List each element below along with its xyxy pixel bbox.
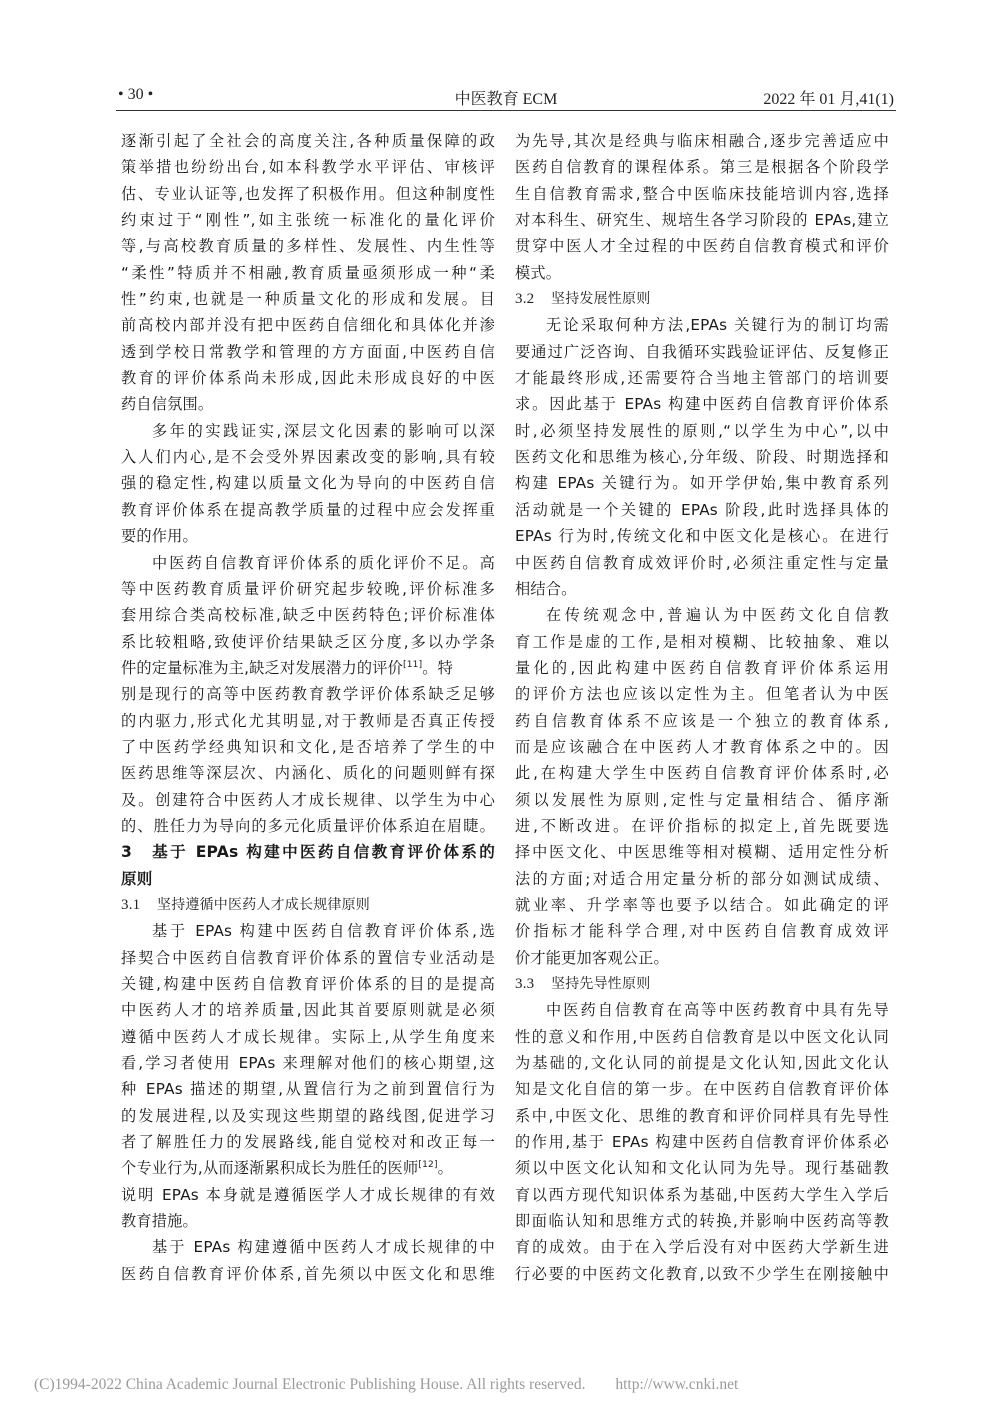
line-text: 时,必须坚持发展性的原则,“以学生为中心”,以中 [515, 422, 889, 440]
line-text-tail: 。特 [422, 659, 453, 677]
line-text: 别是现行的高等中医药教育教学评价体系缺乏足够 [121, 685, 495, 703]
line-text: “柔性”特质并不相融,教育质量亟须形成一种“柔 [121, 264, 495, 282]
text-line: 医药自信教育评价体系,首先须以中医文化和思维 [121, 1261, 495, 1287]
subsection-heading: 3.2坚持发展性原则 [515, 286, 889, 312]
line-text: 原则 [121, 870, 153, 888]
text-line: 中医药人才的培养质量,因此其首要原则就是必须 [121, 997, 495, 1023]
line-text: 就业率、升学率等也要予以结合。如此确定的评 [515, 896, 889, 914]
issue-info: 2022 年 01 月,41(1) [763, 86, 894, 109]
text-line: 及。创建符合中医药人才成长规律、以学生为中心 [121, 787, 495, 813]
text-line: 前高校内部并没有把中医药自信细化和具体化并渗 [121, 312, 495, 338]
text-line: 择契合中医药自信教育评价体系的置信专业活动是 [121, 945, 495, 971]
text-line: 者了解胜任力的发展路线,能自觉校对和改正每一 [121, 1129, 495, 1155]
line-text: 的内驱力,形式化尤其明显,对于教师是否真正传授 [121, 712, 495, 730]
text-line: 基于 EPAs 构建中医药自信教育评价体系,选 [121, 918, 495, 944]
text-line: 系中,中医文化、思维的教育和评价同样具有先导性 [515, 1103, 889, 1129]
text-line: 教育评价体系在提高教学质量的过程中应会发挥重 [121, 497, 495, 523]
line-text: 须以发展性为原则,定性与定量相结合、循序渐 [515, 791, 889, 809]
text-line: “柔性”特质并不相融,教育质量亟须形成一种“柔 [121, 260, 495, 286]
line-text: 即面临认知和思维方式的转换,并影响中医药高等教 [515, 1212, 889, 1230]
line-text: 药自信教育体系不应该是一个独立的教育体系, [515, 712, 889, 730]
text-line: 对本科生、研究生、规培生各学习阶段的 EPAs,建立 [515, 207, 889, 233]
copyright-footer: (C)1994-2022 China Academic Journal Elec… [0, 1376, 999, 1394]
text-line: 进,不断改进。在评价指标的拟定上,首先既要选 [515, 813, 889, 839]
text-line: 药自信氛围。 [121, 391, 495, 417]
text-line: 教育措施。 [121, 1208, 495, 1234]
text-line: 即面临认知和思维方式的转换,并影响中医药高等教 [515, 1208, 889, 1234]
line-text: 而是应该融合在中医药人才教育体系之中的。因 [515, 738, 889, 756]
text-line: 入人们内心,是不会受外界因素改变的影响,具有较 [121, 444, 495, 470]
text-line: 价指标才能科学合理,对中医药自信教育成效评 [515, 918, 889, 944]
citation-ref[interactable]: [11] [403, 660, 422, 670]
text-line: 逐渐引起了全社会的高度关注,各种质量保障的政 [121, 128, 495, 154]
text-line: 为先导,其次是经典与临床相融合,逐步完善适应中 [515, 128, 889, 154]
text-line: 知是文化自信的第一步。在中医药自信教育评价体 [515, 1076, 889, 1102]
line-text: 教育评价体系在提高教学质量的过程中应会发挥重 [121, 501, 495, 519]
line-text: 活动就是一个关键的 EPAs 阶段,此时选择具体的 [515, 501, 889, 519]
text-line: 要通过广泛咨询、自我循环实践验证评估、反复修正 [515, 339, 889, 365]
left-column: 逐渐引起了全社会的高度关注,各种质量保障的政策举措也纷纷出台,如本科教学水平评估… [121, 128, 495, 1287]
text-line: 医药思维等深层次、内涵化、质化的问题则鲜有探 [121, 760, 495, 786]
text-line: 在传统观念中,普遍认为中医药文化自信教 [515, 602, 889, 628]
text-line: 教育的评价体系尚未形成,因此未形成良好的中医 [121, 365, 495, 391]
line-text: 3 基于 EPAs 构建中医药自信教育评价体系的 [121, 843, 495, 861]
section-heading: 原则 [121, 866, 495, 892]
text-line: 种 EPAs 描述的期望,从置信行为之前到置信行为 [121, 1076, 495, 1102]
line-text: 等中医药教育质量评价研究起步较晚,评价标准多 [121, 580, 495, 598]
text-line: 的、胜任力为导向的多元化质量评价体系迫在眉睫。 [121, 813, 495, 839]
line-text: 者了解胜任力的发展路线,能自觉校对和改正每一 [121, 1133, 495, 1151]
line-text: 价才能更加客观公正。 [515, 949, 669, 967]
text-line: 等中医药教育质量评价研究起步较晚,评价标准多 [121, 576, 495, 602]
line-text: 及。创建符合中医药人才成长规律、以学生为中心 [121, 791, 495, 809]
text-line: 性的意义和作用,中医药自信教育是以中医文化认同 [515, 1024, 889, 1050]
text-line: 个专业行为,从而逐渐累积成长为胜任的医师[12]。 [121, 1155, 495, 1181]
header-rule [116, 110, 896, 111]
line-text: 价指标才能科学合理,对中医药自信教育成效评 [515, 922, 889, 940]
line-text: 育的成效。由于在入学后没有对中医药大学新生进 [515, 1238, 889, 1256]
line-text: 求。因此基于 EPAs 构建中医药自信教育评价体系 [515, 395, 889, 413]
line-text: 种 EPAs 描述的期望,从置信行为之前到置信行为 [121, 1080, 495, 1098]
text-line: 生自信教育需求,整合中医临床技能培训内容,选择 [515, 181, 889, 207]
line-text: 医药自信教育评价体系,首先须以中医文化和思维 [121, 1265, 495, 1283]
line-text: 对本科生、研究生、规培生各学习阶段的 EPAs,建立 [515, 211, 889, 229]
line-text: EPAs 行为时,传统文化和中医文化是核心。在进行 [515, 527, 889, 545]
text-line: EPAs 行为时,传统文化和中医文化是核心。在进行 [515, 523, 889, 549]
text-line: 系比较粗略,致使评价结果缺乏区分度,多以办学条 [121, 629, 495, 655]
line-text: 逐渐引起了全社会的高度关注,各种质量保障的政 [121, 132, 495, 150]
text-line: 医药自信教育的课程体系。第三是根据各个阶段学 [515, 154, 889, 180]
line-text: 医药文化和思维为核心,分年级、阶段、时期选择和 [515, 448, 889, 466]
text-line: 说明 EPAs 本身就是遵循医学人才成长规律的有效 [121, 1182, 495, 1208]
line-text: 医药思维等深层次、内涵化、质化的问题则鲜有探 [121, 764, 495, 782]
cnki-link[interactable]: http://www.cnki.net [615, 1376, 738, 1393]
line-text: 模式。 [515, 264, 561, 282]
text-line: 中医药自信教育评价体系的质化评价不足。高 [121, 550, 495, 576]
line-text: 择契合中医药自信教育评价体系的置信专业活动是 [121, 949, 495, 967]
subsection-heading: 3.3坚持先导性原则 [515, 971, 889, 997]
line-text: 中医药人才的培养质量,因此其首要原则就是必须 [121, 1001, 495, 1019]
text-line: 约束过于“刚性”,如主张统一标准化的量化评价 [121, 207, 495, 233]
text-line: 关键,构建中医药自信教育评价体系的目的是提高 [121, 971, 495, 997]
line-text: 要通过广泛咨询、自我循环实践验证评估、反复修正 [515, 343, 889, 361]
running-header: • 30 • 中医教育 ECM 2022 年 01 月,41(1) [118, 84, 894, 108]
text-line: 须以中医文化认知和文化认同为先导。现行基础教 [515, 1155, 889, 1181]
text-line: 性”约束,也就是一种质量文化的形成和发展。目 [121, 286, 495, 312]
line-text: 系中,中医文化、思维的教育和评价同样具有先导性 [515, 1107, 889, 1125]
text-line: 别是现行的高等中医药教育教学评价体系缺乏足够 [121, 681, 495, 707]
text-line: 择中医文化、中医思维等相对模糊、适用定性分析 [515, 839, 889, 865]
text-line: 的评价方法也应该以定性为主。但笔者认为中医 [515, 681, 889, 707]
text-line: 就业率、升学率等也要予以结合。如此确定的评 [515, 892, 889, 918]
line-text: 中医药自信教育评价体系的质化评价不足。高 [152, 554, 495, 572]
text-line: 强的稳定性,构建以质量文化为导向的中医药自信 [121, 470, 495, 496]
line-text: 等,与高校教育质量的多样性、发展性、内生性等 [121, 237, 495, 255]
line-text: 教育的评价体系尚未形成,因此未形成良好的中医 [121, 369, 495, 387]
text-line: 价才能更加客观公正。 [515, 945, 889, 971]
line-text: 择中医文化、中医思维等相对模糊、适用定性分析 [515, 843, 889, 861]
line-text: 基于 EPAs 构建中医药自信教育评价体系,选 [152, 922, 495, 940]
text-line: 相结合。 [515, 576, 889, 602]
subsection-number: 3.2 [515, 286, 551, 312]
line-text: 强的稳定性,构建以质量文化为导向的中医药自信 [121, 474, 495, 492]
line-text: 要的作用。 [121, 527, 198, 545]
text-line: 等,与高校教育质量的多样性、发展性、内生性等 [121, 233, 495, 259]
text-line: 的内驱力,形式化尤其明显,对于教师是否真正传授 [121, 708, 495, 734]
line-text: 此,在构建大学生中医药自信教育评价体系时,必 [515, 764, 889, 782]
line-text: 了中医药学经典知识和文化,是否培养了学生的中 [121, 738, 495, 756]
text-line: 量化的,因此构建中医药自信教育评价体系运用 [515, 655, 889, 681]
line-text: 无论采取何种方法,EPAs 关键行为的制订均需 [546, 316, 889, 334]
line-text: 基于 EPAs 构建遵循中医药人才成长规律的中 [152, 1238, 495, 1256]
line-text: 贯穿中医人才全过程的中医药自信教育模式和评价 [515, 237, 889, 255]
text-line: 而是应该融合在中医药人才教育体系之中的。因 [515, 734, 889, 760]
text-line: 才能最终形成,还需要符合当地主管部门的培训要 [515, 365, 889, 391]
text-line: 多年的实践证实,深层文化因素的影响可以深 [121, 418, 495, 444]
subsection-heading: 3.1坚持遵循中医药人才成长规律原则 [121, 892, 495, 918]
line-text: 套用综合类高校标准,缺乏中医药特色;评价标准体 [121, 606, 495, 624]
line-text: 系比较粗略,致使评价结果缺乏区分度,多以办学条 [121, 633, 495, 651]
text-line: 无论采取何种方法,EPAs 关键行为的制订均需 [515, 312, 889, 338]
line-text: 遵循中医药人才成长规律。实际上,从学生角度来 [121, 1028, 495, 1046]
subsection-number: 3.1 [121, 892, 157, 918]
line-text: 入人们内心,是不会受外界因素改变的影响,具有较 [121, 448, 495, 466]
text-line: 透到学校日常教学和管理的方方面面,中医药自信 [121, 339, 495, 365]
copyright-text: (C)1994-2022 China Academic Journal Elec… [34, 1376, 585, 1393]
text-line: 行必要的中医药文化教育,以致不少学生在刚接触中 [515, 1261, 889, 1287]
line-text: 透到学校日常教学和管理的方方面面,中医药自信 [121, 343, 495, 361]
line-text: 件的定量标准为主,缺乏对发展潜力的评价 [121, 659, 403, 677]
text-line: 件的定量标准为主,缺乏对发展潜力的评价[11]。特 [121, 655, 495, 681]
line-text: 须以中医文化认知和文化认同为先导。现行基础教 [515, 1159, 889, 1177]
text-line: 为基础的,文化认同的前提是文化认知,因此文化认 [515, 1050, 889, 1076]
line-text: 的发展进程,以及实现这些期望的路线图,促进学习 [121, 1107, 495, 1125]
line-text: 药自信氛围。 [121, 395, 213, 413]
line-text: 生自信教育需求,整合中医临床技能培训内容,选择 [515, 185, 889, 203]
line-text: 坚持发展性原则 [551, 291, 650, 307]
line-text: 的、胜任力为导向的多元化质量评价体系迫在眉睫。 [121, 817, 495, 835]
line-text: 坚持先导性原则 [551, 976, 650, 992]
line-text: 的作用,基于 EPAs 构建中医药自信教育评价体系必 [515, 1133, 889, 1151]
line-text: 估、专业认证等,也发挥了积极作用。但这种制度性 [121, 185, 495, 203]
line-text: 构建 EPAs 关键行为。如开学伊始,集中教育系列 [515, 474, 889, 492]
text-line: 此,在构建大学生中医药自信教育评价体系时,必 [515, 760, 889, 786]
line-text-tail: 。 [438, 1159, 453, 1177]
text-line: 医药文化和思维为核心,分年级、阶段、时期选择和 [515, 444, 889, 470]
line-text: 约束过于“刚性”,如主张统一标准化的量化评价 [121, 211, 495, 229]
subsection-number: 3.3 [515, 971, 551, 997]
line-text: 教育措施。 [121, 1212, 198, 1230]
section-heading: 3 基于 EPAs 构建中医药自信教育评价体系的 [121, 839, 495, 865]
line-text: 行必要的中医药文化教育,以致不少学生在刚接触中 [515, 1265, 889, 1283]
line-text: 为先导,其次是经典与临床相融合,逐步完善适应中 [515, 132, 889, 150]
line-text: 坚持遵循中医药人才成长规律原则 [157, 897, 370, 913]
text-line: 中医药自信教育在高等中医药教育中具有先导 [515, 997, 889, 1023]
text-line: 套用综合类高校标准,缺乏中医药特色;评价标准体 [121, 602, 495, 628]
line-text: 法的方面;对适合用定量分析的部分如测试成绩、 [515, 870, 889, 888]
line-text: 性”约束,也就是一种质量文化的形成和发展。目 [121, 290, 495, 308]
text-line: 基于 EPAs 构建遵循中医药人才成长规律的中 [121, 1234, 495, 1260]
right-column: 为先导,其次是经典与临床相融合,逐步完善适应中医药自信教育的课程体系。第三是根据… [515, 128, 889, 1287]
line-text: 进,不断改进。在评价指标的拟定上,首先既要选 [515, 817, 889, 835]
line-text: 性的意义和作用,中医药自信教育是以中医文化认同 [515, 1028, 889, 1046]
text-line: 策举措也纷纷出台,如本科教学水平评估、审核评 [121, 154, 495, 180]
text-line: 求。因此基于 EPAs 构建中医药自信教育评价体系 [515, 391, 889, 417]
line-text: 量化的,因此构建中医药自信教育评价体系运用 [515, 659, 889, 677]
text-line: 遵循中医药人才成长规律。实际上,从学生角度来 [121, 1024, 495, 1050]
line-text: 为基础的,文化认同的前提是文化认知,因此文化认 [515, 1054, 889, 1072]
text-line: 要的作用。 [121, 523, 495, 549]
line-text: 说明 EPAs 本身就是遵循医学人才成长规律的有效 [121, 1186, 495, 1204]
text-line: 看,学习者使用 EPAs 来理解对他们的核心期望,这 [121, 1050, 495, 1076]
line-text: 前高校内部并没有把中医药自信细化和具体化并渗 [121, 316, 495, 334]
citation-ref[interactable]: [12] [418, 1160, 437, 1170]
line-text: 才能最终形成,还需要符合当地主管部门的培训要 [515, 369, 889, 387]
line-text: 育以西方现代知识体系为基础,中医药大学生入学后 [515, 1186, 889, 1204]
text-line: 估、专业认证等,也发挥了积极作用。但这种制度性 [121, 181, 495, 207]
line-text: 知是文化自信的第一步。在中医药自信教育评价体 [515, 1080, 889, 1098]
text-line: 法的方面;对适合用定量分析的部分如测试成绩、 [515, 866, 889, 892]
line-text: 多年的实践证实,深层文化因素的影响可以深 [152, 422, 495, 440]
text-line: 须以发展性为原则,定性与定量相结合、循序渐 [515, 787, 889, 813]
line-text: 相结合。 [515, 580, 577, 598]
line-text: 个专业行为,从而逐渐累积成长为胜任的医师 [121, 1159, 418, 1177]
text-line: 构建 EPAs 关键行为。如开学伊始,集中教育系列 [515, 470, 889, 496]
text-line: 育工作是虚的工作,是相对模糊、比较抽象、难以 [515, 629, 889, 655]
text-line: 了中医药学经典知识和文化,是否培养了学生的中 [121, 734, 495, 760]
line-text: 看,学习者使用 EPAs 来理解对他们的核心期望,这 [121, 1054, 495, 1072]
text-line: 时,必须坚持发展性的原则,“以学生为中心”,以中 [515, 418, 889, 444]
text-line: 贯穿中医人才全过程的中医药自信教育模式和评价 [515, 233, 889, 259]
text-line: 活动就是一个关键的 EPAs 阶段,此时选择具体的 [515, 497, 889, 523]
text-line: 中医药自信教育成效评价时,必须注重定性与定量 [515, 550, 889, 576]
line-text: 在传统观念中,普遍认为中医药文化自信教 [546, 606, 889, 624]
text-line: 的发展进程,以及实现这些期望的路线图,促进学习 [121, 1103, 495, 1129]
text-line: 药自信教育体系不应该是一个独立的教育体系, [515, 708, 889, 734]
line-text: 的评价方法也应该以定性为主。但笔者认为中医 [515, 685, 889, 703]
text-line: 模式。 [515, 260, 889, 286]
text-line: 育以西方现代知识体系为基础,中医药大学生入学后 [515, 1182, 889, 1208]
line-text: 医药自信教育的课程体系。第三是根据各个阶段学 [515, 158, 889, 176]
line-text: 策举措也纷纷出台,如本科教学水平评估、审核评 [121, 158, 495, 176]
text-line: 的作用,基于 EPAs 构建中医药自信教育评价体系必 [515, 1129, 889, 1155]
text-line: 育的成效。由于在入学后没有对中医药大学新生进 [515, 1234, 889, 1260]
line-text: 中医药自信教育成效评价时,必须注重定性与定量 [515, 554, 889, 572]
line-text: 中医药自信教育在高等中医药教育中具有先导 [546, 1001, 889, 1019]
line-text: 育工作是虚的工作,是相对模糊、比较抽象、难以 [515, 633, 889, 651]
line-text: 关键,构建中医药自信教育评价体系的目的是提高 [121, 975, 495, 993]
